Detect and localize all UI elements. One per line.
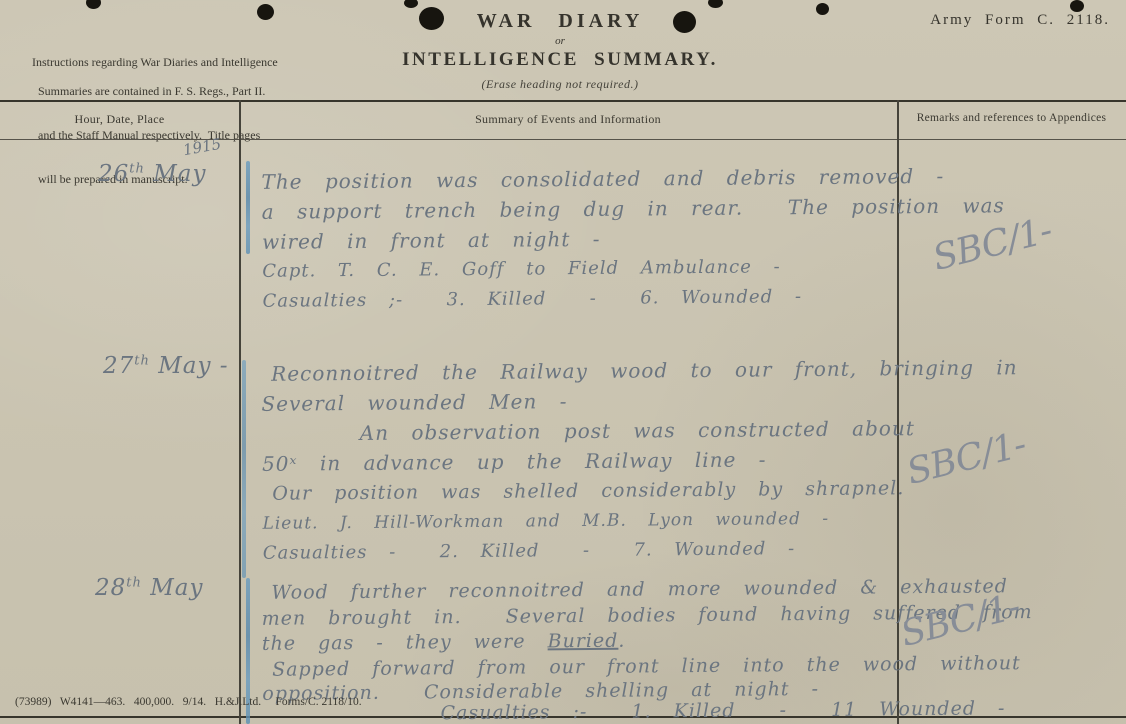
entry-line-underlined-word: Buried	[547, 630, 618, 653]
entry-line-segment: the gas - they were	[262, 630, 548, 654]
entry-line-segment: .	[618, 630, 625, 652]
entry-date-suffix: th	[134, 353, 150, 368]
entry-date-suffix: th	[129, 161, 145, 176]
table-header-rule	[0, 139, 1126, 140]
column-header-summary: Summary of Events and Information	[239, 112, 897, 127]
signature-initials: SBC/1-	[903, 424, 1030, 493]
diary-entry-27-may: Reconnoitred the Railway wood to our fro…	[261, 353, 908, 569]
entry-date-day: 26	[98, 161, 129, 187]
war-diary-title: WAR DIARY	[380, 10, 740, 33]
ink-dot	[708, 0, 723, 8]
table-top-rule	[0, 100, 1126, 102]
entry-date: 27th May -	[103, 353, 229, 379]
entry-date: 28th May	[95, 575, 203, 601]
form-number: Army Form C. 2118.	[930, 12, 1110, 29]
ink-dot	[86, 0, 101, 9]
ink-dot	[404, 0, 418, 8]
blue-margin-mark	[246, 161, 250, 254]
entry-date-day: 27	[103, 353, 134, 379]
entry-line: Casualties - 2. Killed - 7. Wounded -	[263, 533, 908, 569]
column-header-hour-date-place: Hour, Date, Place	[0, 112, 239, 127]
entry-date-month: May	[145, 161, 207, 187]
entry-line: Casualties ;- 3. Killed - 6. Wounded -	[262, 281, 907, 317]
entry-line: An observation post was constructed abou…	[262, 413, 907, 449]
or-text: or	[380, 35, 740, 47]
entry-date-day: 28	[95, 575, 126, 601]
blue-margin-mark	[242, 360, 246, 578]
entry-date-month: May -	[150, 353, 229, 379]
column-header-remarks: Remarks and references to Appendices	[897, 112, 1126, 124]
column-divider-left	[239, 100, 241, 724]
signature-initials: SBC/1-	[929, 210, 1056, 279]
instructions-line: Instructions regarding War Diaries and I…	[32, 55, 278, 69]
entry-date: 26th May	[98, 161, 206, 187]
ink-dot	[1070, 0, 1084, 12]
printers-imprint: (73989) W4141—463. 400,000. 9/14. H.&J.L…	[15, 696, 362, 708]
instructions-line: Summaries are contained in F. S. Regs., …	[20, 84, 278, 99]
diary-entry-26-may: The position was consolidated and debris…	[261, 161, 907, 317]
ink-dot	[257, 4, 274, 20]
entry-line: a support trench being dug in rear. The …	[262, 191, 907, 227]
entry-date-month: May	[142, 575, 204, 601]
erase-heading-note: (Erase heading not required.)	[380, 77, 740, 92]
intelligence-summary-title: INTELLIGENCE SUMMARY.	[380, 49, 740, 71]
war-diary-page: Army Form C. 2118. Instructions regardin…	[0, 0, 1126, 724]
entry-line: Lieut. J. Hill-Workman and M.B. Lyon wou…	[262, 503, 907, 539]
entry-line: Reconnoitred the Railway wood to our fro…	[261, 353, 906, 389]
masthead: WAR DIARY or INTELLIGENCE SUMMARY. (Eras…	[380, 10, 740, 92]
entry-date-suffix: th	[126, 575, 142, 590]
ink-dot	[816, 3, 829, 15]
